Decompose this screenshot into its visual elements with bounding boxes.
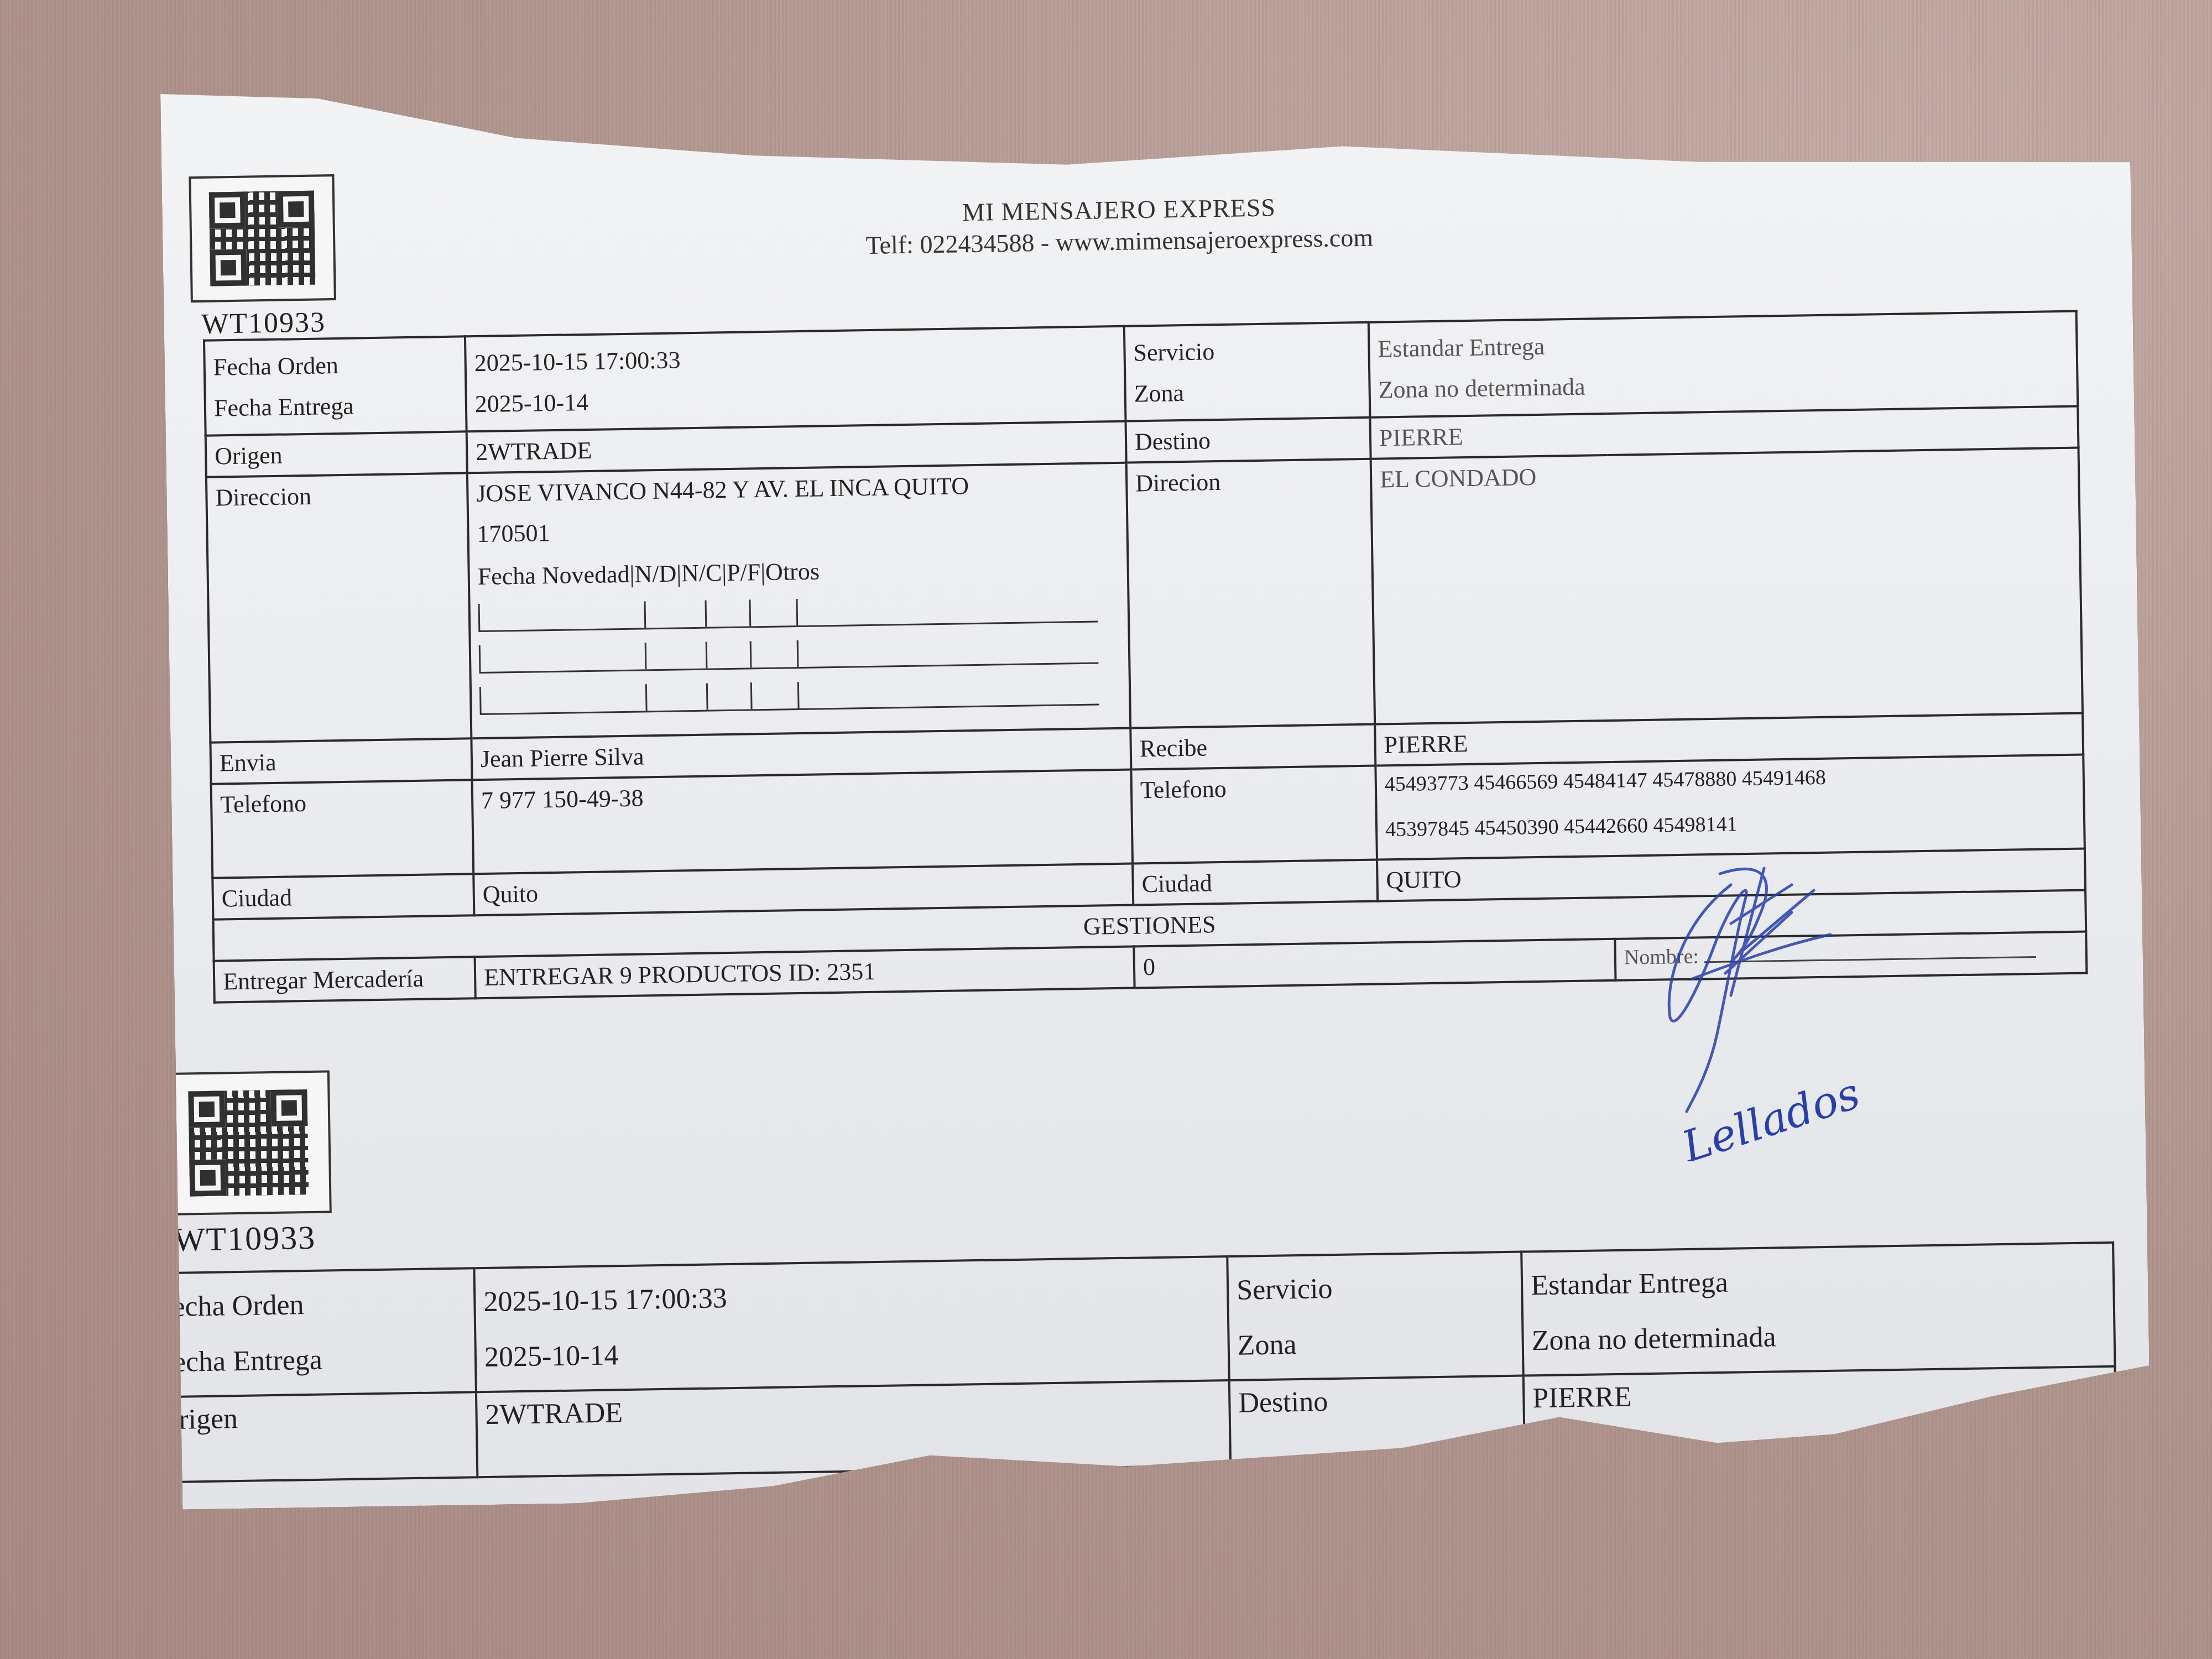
servicio-value: Estandar Entrega <box>1530 1249 2105 1313</box>
gestion-tipo: Entregar Mercadería <box>214 957 476 1002</box>
qr-block: WT10933 <box>165 1071 322 1259</box>
destino-label: Destino <box>1229 1376 1525 1465</box>
service-values: Estandar Entrega Zona no determinada <box>1369 311 2078 418</box>
fecha-orden-label: Fecha Orden <box>213 343 457 388</box>
date-labels: Fecha Orden Fecha Entrega <box>147 1268 476 1397</box>
novedad-row-field[interactable] <box>479 670 1099 715</box>
fecha-orden-label: Fecha Orden <box>156 1275 467 1335</box>
ciudad-recibe-label: Ciudad <box>1133 860 1378 905</box>
zona-label: Zona <box>1134 370 1361 414</box>
origen-label: Origen <box>149 1392 477 1482</box>
origen-value: 2WTRADE <box>476 1380 1230 1477</box>
zona-value: Zona no determinada <box>1531 1305 2106 1369</box>
handwritten-signature: Lellados <box>1648 852 1880 1161</box>
telefono-recibe-cell: 45493773 45466569 45484147 45478880 4549… <box>1375 755 2085 860</box>
envia-label: Envia <box>210 738 472 784</box>
delivery-slip-top: WT10933 MI MENSAJERO EXPRESS Telf: 02243… <box>161 147 2075 177</box>
telefono-envia-value: 7 977 150-49-38 <box>472 770 1133 874</box>
tracking-code: WT10933 <box>167 1219 322 1259</box>
fecha-entrega-label: Fecha Entrega <box>156 1331 467 1391</box>
destino-value: PIERRE <box>1524 1366 2116 1461</box>
date-values: 2025-10-15 17:00:33 2025-10-14 <box>465 326 1126 432</box>
service-values: Estandar Entrega Zona no determinada <box>1521 1243 2115 1376</box>
telefono-recibe-line-2: 45397845 45450390 45442660 45498141 <box>1385 807 2076 842</box>
direcion-dest-value: EL CONDADO <box>1371 448 2083 724</box>
telefono-envia-label: Telefono <box>211 780 474 878</box>
novedad-row-field[interactable] <box>478 587 1098 632</box>
direcion-dest-label: Direcion <box>1126 459 1375 728</box>
direccion-line-2: 170501 <box>477 510 1119 548</box>
novedad-row-field[interactable] <box>479 629 1099 674</box>
delivery-slip-paper: WT10933 MI MENSAJERO EXPRESS Telf: 02243… <box>160 63 2151 1510</box>
telefono-recibe-line-1: 45493773 45466569 45484147 45478880 4549… <box>1385 761 2075 797</box>
direccion-label: Direccion <box>206 473 471 742</box>
recibe-label: Recibe <box>1130 724 1375 770</box>
novedad-header: Fecha Novedad|N/D|N/C|P/F|Otros <box>477 552 1119 591</box>
tracking-code: WT10933 <box>186 306 341 341</box>
qr-code-frame <box>165 1070 332 1215</box>
qr-code-icon <box>188 1089 309 1196</box>
fecha-entrega-value: 2025-10-14 <box>484 1318 1220 1385</box>
date-values: 2025-10-15 17:00:33 2025-10-14 <box>474 1256 1229 1392</box>
zona-label: Zona <box>1237 1314 1515 1374</box>
fecha-entrega-label: Fecha Entrega <box>213 384 457 429</box>
shipment-form-copy: Fecha Orden Fecha Entrega 2025-10-15 17:… <box>145 1241 2117 1484</box>
service-labels: Servicio Zona <box>1227 1252 1523 1380</box>
destino-label: Destino <box>1126 418 1371 463</box>
gestion-valor: 0 <box>1134 939 1615 988</box>
servicio-label: Servicio <box>1236 1259 1514 1318</box>
direccion-cell: JOSE VIVANCO N44-82 Y AV. EL INCA QUITO … <box>467 463 1130 739</box>
origen-label: Origen <box>206 431 467 477</box>
ciudad-envia-label: Ciudad <box>212 874 474 919</box>
company-header: MI MENSAJERO EXPRESS Telf: 022434588 - w… <box>162 180 2076 271</box>
direccion-line-1: JOSE VIVANCO N44-82 Y AV. EL INCA QUITO <box>476 469 1118 508</box>
date-labels: Fecha Orden Fecha Entrega <box>204 336 467 435</box>
service-labels: Servicio Zona <box>1124 322 1370 421</box>
signature-text: Lellados <box>1675 1068 1866 1161</box>
servicio-label: Servicio <box>1133 329 1360 373</box>
telefono-recibe-label: Telefono <box>1131 766 1377 864</box>
